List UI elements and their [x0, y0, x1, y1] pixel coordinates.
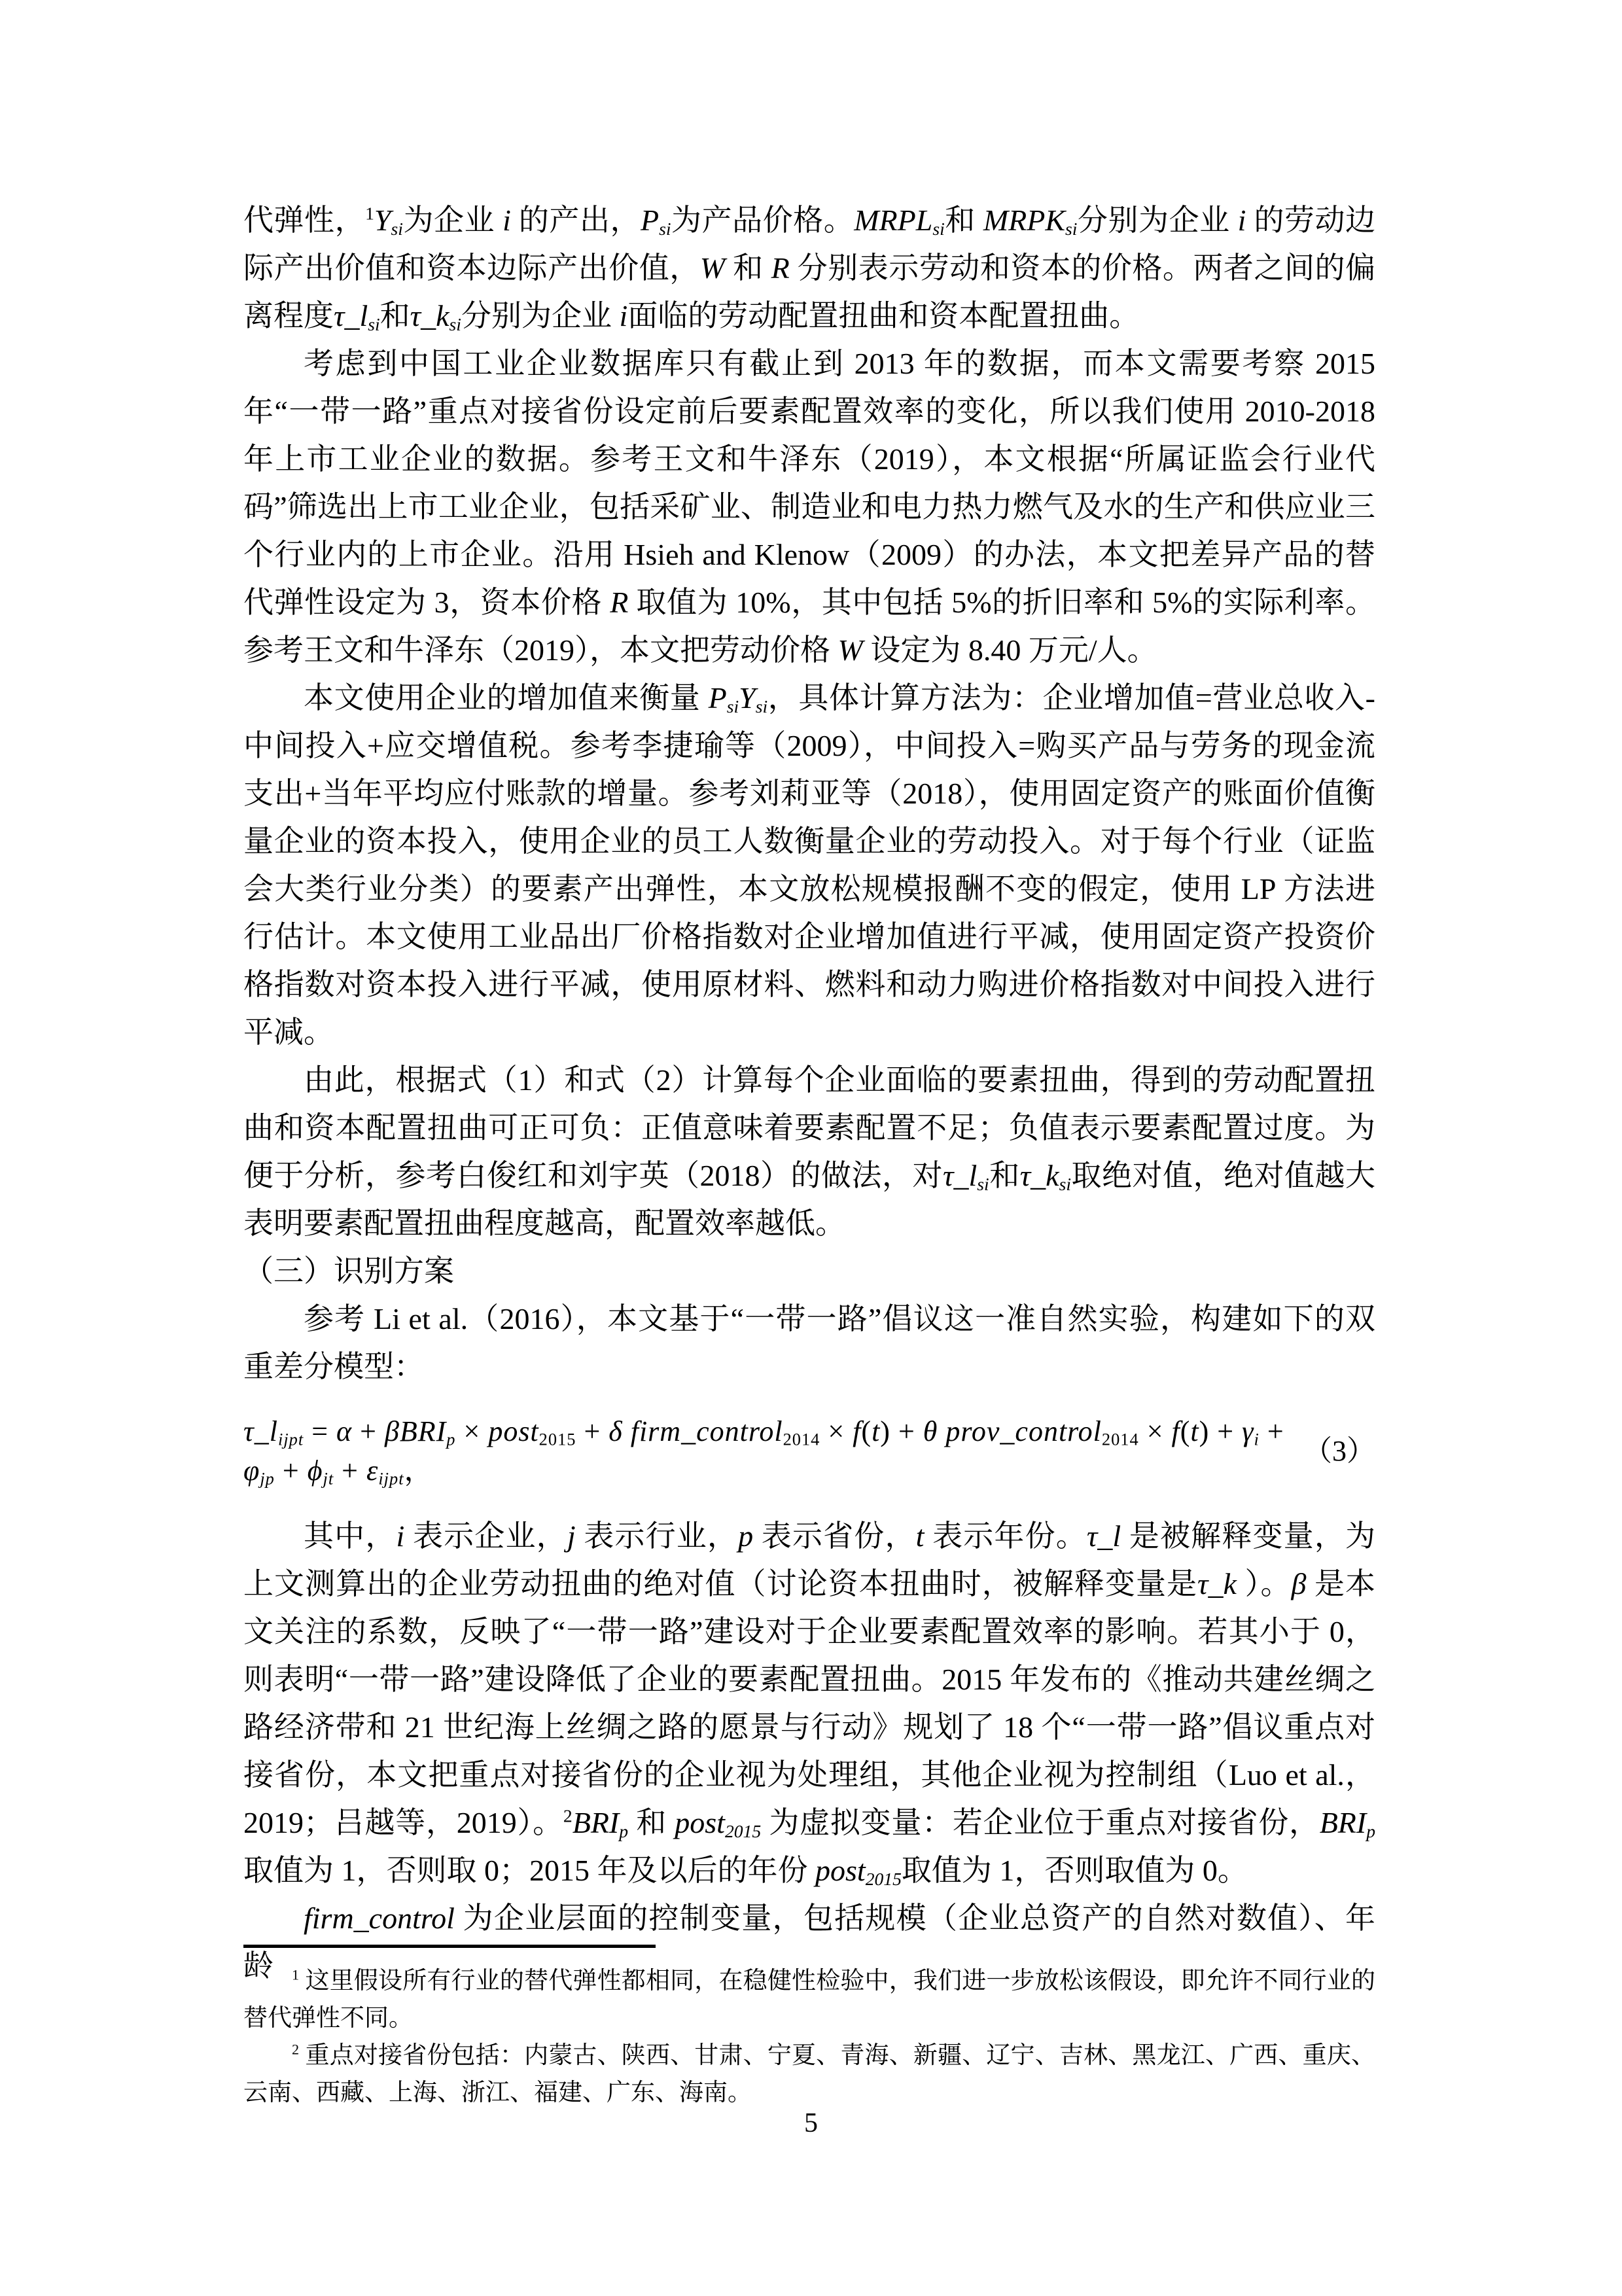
- footnotes: 1 这里假设所有行业的替代弹性都相同，在稳健性检验中，我们进一步放松该假设，即允…: [243, 1962, 1375, 2111]
- footnote-separator: [243, 1945, 656, 1948]
- equation-3: τ_lijpt = α + βBRIp × post2015 + δ firm_…: [243, 1404, 1375, 1499]
- para-did-intro: 参考 Li et al.（2016），本文基于“一带一路”倡议这一准自然实验，构…: [243, 1295, 1375, 1390]
- para-value-added-measure: 本文使用企业的增加值来衡量 PsiYsi，具体计算方法为：企业增加值=营业总收入…: [243, 674, 1375, 1056]
- footnote-2: 2 重点对接省份包括：内蒙古、陕西、甘肃、宁夏、青海、新疆、辽宁、吉林、黑龙江、…: [243, 2037, 1375, 2111]
- equation-number: （3）: [1303, 1432, 1375, 1471]
- para-elasticity-continued: 代弹性，1Ysi为企业 i 的产出，Psi为产品价格。MRPLsi和 MRPKs…: [243, 196, 1375, 340]
- para-data-source: 考虑到中国工业企业数据库只有截止到 2013 年的数据，而本文需要考察 2015…: [243, 340, 1375, 674]
- document-page: 代弹性，1Ysi为企业 i 的产出，Psi为产品价格。MRPLsi和 MRPKs…: [0, 0, 1622, 2296]
- heading-identification-strategy: （三）识别方案: [243, 1247, 1375, 1295]
- para-variable-definitions: 其中，i 表示企业，j 表示行业，p 表示省份，t 表示年份。τ_l 是被解释变…: [243, 1512, 1375, 1894]
- equation-content: τ_lijpt = α + βBRIp × post2015 + δ firm_…: [243, 1412, 1303, 1491]
- footnote-1: 1 这里假设所有行业的替代弹性都相同，在稳健性检验中，我们进一步放松该假设，即允…: [243, 1962, 1375, 2037]
- paragraphs-before-equation: 代弹性，1Ysi为企业 i 的产出，Psi为产品价格。MRPLsi和 MRPKs…: [243, 196, 1375, 1390]
- para-distortion-sign: 由此，根据式（1）和式（2）计算每个企业面临的要素扭曲，得到的劳动配置扭曲和资本…: [243, 1056, 1375, 1247]
- paragraphs-after-equation: 其中，i 表示企业，j 表示行业，p 表示省份，t 表示年份。τ_l 是被解释变…: [243, 1512, 1375, 1990]
- page-number: 5: [0, 2107, 1622, 2140]
- footnote-area: 1 这里假设所有行业的替代弹性都相同，在稳健性检验中，我们进一步放松该假设，即允…: [243, 1945, 1375, 2111]
- body-text: 代弹性，1Ysi为企业 i 的产出，Psi为产品价格。MRPLsi和 MRPKs…: [243, 196, 1375, 1990]
